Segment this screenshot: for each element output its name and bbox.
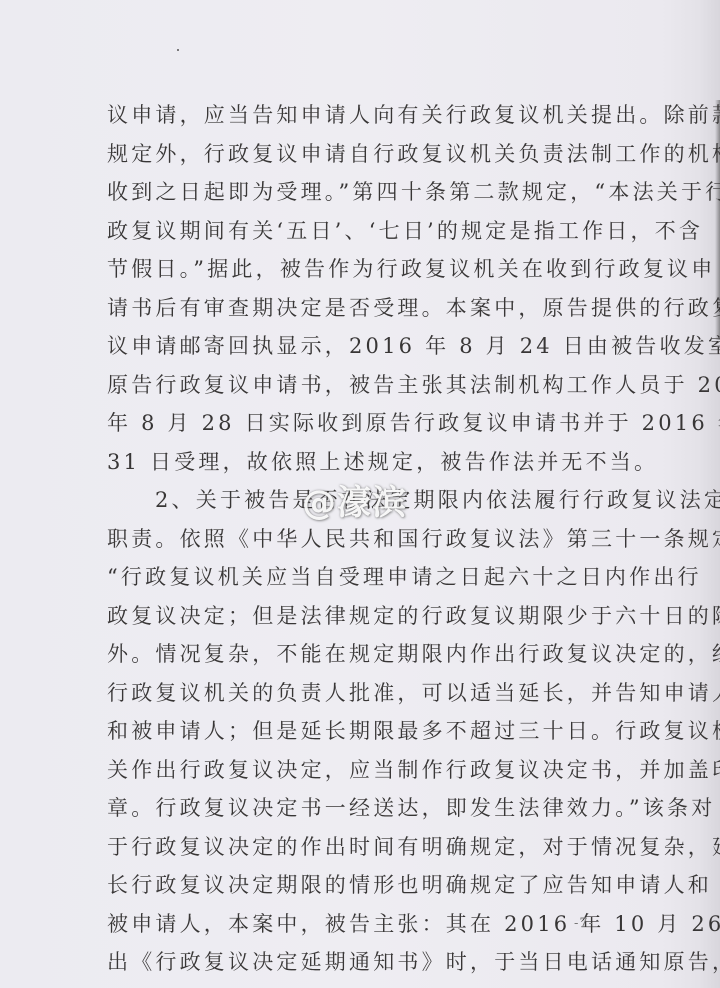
text-line: 章。行政复议决定书一经送达，即发生法律效力。”该条对 [107, 789, 599, 828]
scanned-document-page: 议申请，应当告知申请人向有关行政复议机关提出。除前款 规定外，行政复议申请自行政… [0, 0, 720, 988]
text-line: 政复议期间有关‘五日’、‘七日’的规定是指工作日，不含 [107, 212, 599, 251]
text-line: 长行政复议决定期限的情形也明确规定了应告知申请人和 [107, 866, 599, 905]
text-line: 年 8 月 28 日实际收到原告行政复议申请书并于 2016 年 8 月 [107, 404, 599, 443]
text-line: 节假日。”据此，被告作为行政复议机关在收到行政复议申 [107, 250, 599, 289]
text-line: 于行政复议决定的作出时间有明确规定，对于情况复杂，延 [107, 828, 599, 867]
text-line: “行政复议机关应当自受理申请之日起六十之日内作出行 [107, 558, 599, 597]
text-line: 请书后有审查期决定是否受理。本案中，原告提供的行政复 [107, 289, 599, 328]
text-line: 规定外，行政复议申请自行政复议机关负责法制工作的机构 [107, 135, 599, 174]
scan-speck [177, 49, 179, 51]
text-line: 职责。依照《中华人民共和国行政复议法》第三十一条规定， [107, 520, 599, 559]
text-line: 关作出行政复议决定，应当制作行政复议决定书，并加盖印 [107, 751, 599, 790]
text-line: 被申请人，本案中，被告主张：其在 2016 年 10 月 26 日作 [107, 905, 599, 944]
text-line: 行政复议机关的负责人批准，可以适当延长，并告知申请人 [107, 674, 599, 713]
page-number: -7- [574, 916, 594, 931]
document-body: 议申请，应当告知申请人向有关行政复议机关提出。除前款 规定外，行政复议申请自行政… [107, 96, 599, 982]
weibo-watermark: @濠滨 [302, 475, 407, 524]
text-line: 收到之日起即为受理。”第四十条第二款规定，“本法关于行 [107, 173, 599, 212]
text-line: 政复议决定；但是法律规定的行政复议期限少于六十日的除 [107, 597, 599, 636]
text-line: 议申请，应当告知申请人向有关行政复议机关提出。除前款 [107, 96, 599, 135]
text-line: 外。情况复杂，不能在规定期限内作出行政复议决定的，经 [107, 635, 599, 674]
text-line: 原告行政复议申请书，被告主张其法制机构工作人员于 2016 [107, 366, 599, 405]
text-line: 议申请邮寄回执显示，2016 年 8 月 24 日由被告收发室签收 [107, 327, 599, 366]
text-line: 和被申请人；但是延长期限最多不超过三十日。行政复议机 [107, 712, 599, 751]
text-line: 出《行政复议决定延期通知书》时，于当日电话通知原告， [107, 943, 599, 982]
